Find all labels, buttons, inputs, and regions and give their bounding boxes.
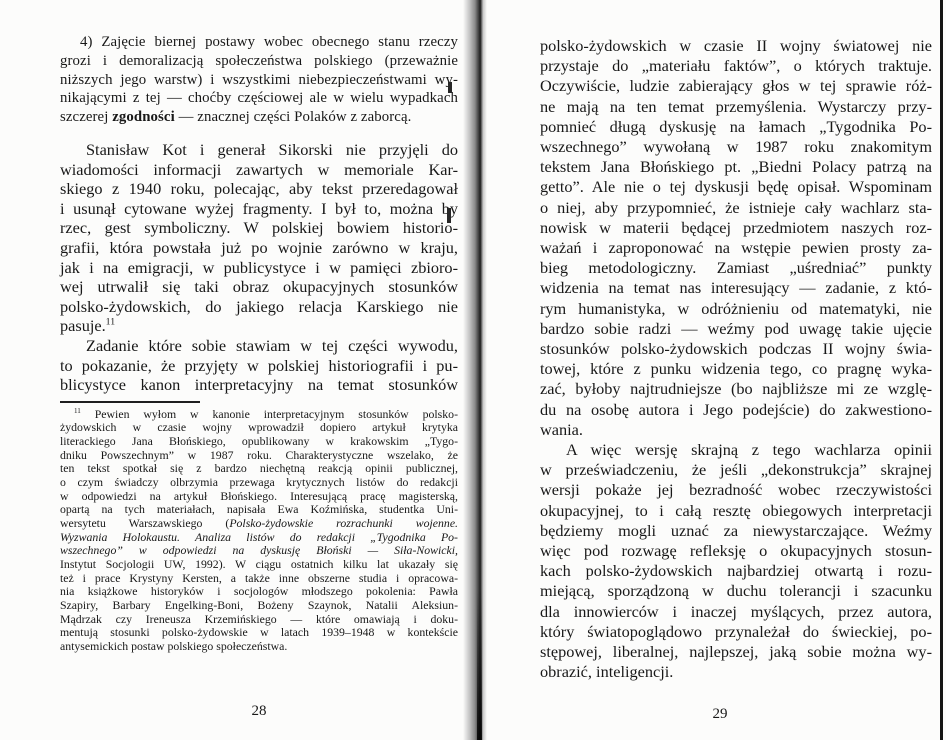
text-line: stosunków polsko-żydowskich podczas II w…	[540, 339, 932, 359]
page-number-left: 28	[60, 703, 458, 720]
text-run: wszechnego” w odpowiedzi na dyskusję Bło…	[60, 543, 458, 557]
text-line: polsko-żydowskich, do jakiego relacja Ka…	[60, 297, 458, 317]
text-run: bieg metodologiczny. Zamiast „uśredniać”…	[540, 258, 932, 277]
text-run: o czym świadczy olbrzymia przewaga kryty…	[60, 475, 458, 489]
text-run: stosunków polsko-żydowskich podczas II w…	[540, 339, 932, 358]
text-run: przystaje do „materiału faktów”, o który…	[540, 56, 932, 75]
text-run: szczerej	[60, 109, 112, 125]
text-line: grafii, która powstała już po wojnie zar…	[60, 238, 458, 258]
paragraph: A więc wersję skrajną z tego wachlarza o…	[540, 440, 932, 682]
text-line: Zadanie które sobie stawiam w tej części…	[60, 336, 458, 356]
text-run: rym humanistyka, w odróżnieniu od matema…	[540, 299, 932, 318]
text-run: — znacznej części Polaków z zaborcą.	[175, 109, 412, 125]
text-line: nikającymi z tej — choćby częściowej ale…	[60, 89, 458, 108]
text-line: blicystyce kanon interpretacyjny na tema…	[60, 375, 458, 395]
text-line: Stanisław Kot i generał Sikorski nie prz…	[60, 140, 458, 160]
text-line: towej, które z punku widzenia tego, co p…	[540, 359, 932, 379]
text-line: dniku Powszechnym” w 1987 roku. Charakte…	[60, 449, 458, 463]
text-line: grozi i demoralizacją społeczeństwa pols…	[60, 52, 458, 71]
paragraph: 4) Zajęcie biernej postawy wobec obecneg…	[60, 33, 458, 127]
text-run: zgodności	[112, 109, 175, 125]
text-run: jak i na emigracji, w publicystyce i w p…	[60, 258, 458, 277]
text-run: polsko-żydowskich, do jakiego relacja Ka…	[60, 297, 458, 316]
text-run: wiadomości informacji zawartych w memori…	[60, 160, 458, 179]
text-line: przystaje do „materiału faktów”, o który…	[540, 56, 932, 76]
text-line: bieg metodologiczny. Zamiast „uśredniać”…	[540, 258, 932, 278]
text-line: wej utrwalił się taki obraz okupacyjnych…	[60, 277, 458, 297]
text-run: grafii, która powstała już po wojnie zar…	[60, 238, 458, 257]
text-run: dniku Powszechnym” w 1987 roku. Charakte…	[60, 448, 458, 462]
text-run: to pokazanie, że przyjęty w polskiej his…	[60, 356, 458, 375]
text-run: mentują stosunki polsko-żydowskie w lata…	[60, 625, 458, 639]
text-run: w przeświadczeniu, że jeśli „dekonstrukc…	[540, 460, 932, 479]
paragraph: 11 Pewien wyłom w kanonie interpretacyjn…	[60, 408, 458, 654]
text-run: wszechnego” wywołaną w 1987 roku znakomi…	[540, 137, 932, 156]
text-line: Instytut Socjologii UW, 1992). W ciągu o…	[60, 558, 458, 572]
text-run: żydowskich w czasie wojny wprowadził dop…	[60, 420, 458, 434]
text-line: ważań i zaproponować na wstępie pewien p…	[540, 238, 932, 258]
text-line: więc pod rozwagę refleksję o okupacyjnyc…	[540, 541, 932, 561]
text-run: dla innowierców i inaczej myślących, prz…	[540, 602, 932, 621]
text-line: miejącą, sporządzoną w duchu tolerancji …	[540, 581, 932, 601]
text-run: też i prace Krystyny Kersten, a także in…	[60, 571, 458, 585]
text-line: Oczywiście, ludzie zabierający głos w te…	[540, 76, 932, 96]
text-run: Pewien wyłom w kanonie interpretacyjnym …	[81, 407, 458, 421]
text-line: rzec, gest symboliczny. W polskiej bowie…	[60, 218, 458, 238]
text-line: żydowskich w czasie wojny wprowadził dop…	[60, 421, 458, 435]
text-line: pasuje.11	[60, 316, 458, 336]
text-run: wersji pokaże jej bezradność wobec rzecz…	[540, 480, 932, 499]
text-line: skiego z 1940 roku, polecając, aby tekst…	[60, 179, 458, 199]
text-run: 11	[74, 407, 81, 415]
text-line: nowisk w materii będącej przedmiotem nas…	[540, 218, 932, 238]
text-run: wania.	[540, 420, 583, 439]
text-run: literackiego Jana Błońskiego, opublikowa…	[60, 434, 458, 448]
text-run: Instytut Socjologii UW, 1992). W ciągu o…	[60, 557, 458, 571]
text-run: Szapiry, Barbary Engelking-Boni, Bożeny …	[60, 598, 458, 612]
text-line: Szapiry, Barbary Engelking-Boni, Bożeny …	[60, 599, 458, 613]
scan-speck	[448, 82, 452, 93]
text-line: literackiego Jana Błońskiego, opublikowa…	[60, 435, 458, 449]
text-line: będziemy mogli uznać za niewystarczające…	[540, 521, 932, 541]
text-run: nowisk w materii będącej przedmiotem nas…	[540, 218, 932, 237]
text-run: miejącą, sporządzoną w duchu tolerancji …	[540, 581, 932, 600]
text-line: szczerej zgodności — znacznej części Pol…	[60, 108, 458, 127]
right-page-body-text: polsko-żydowskich w czasie II wojny świa…	[540, 36, 932, 683]
text-run: Wyzwania Holokaustu. Analiza listów do r…	[60, 530, 458, 544]
text-line: mentują stosunki polsko-żydowskie w lata…	[60, 626, 458, 640]
footnote-separator	[60, 401, 200, 403]
text-line: ten tekst spotkał się z bardzo niechętną…	[60, 462, 458, 476]
paragraph: Zadanie które sobie stawiam w tej części…	[60, 336, 458, 395]
text-run: A więc wersję skrajną z tego wachlarza o…	[566, 440, 932, 459]
text-run: pomnieć długą dyskusję na łamach „Tygodn…	[540, 117, 932, 136]
text-run: towej, które z punku widzenia tego, co p…	[540, 359, 932, 378]
text-run: opartą na tych materiałach, napisała Ewa…	[60, 502, 458, 516]
text-line: o niej, aby przypomnieć, że istnieje cał…	[540, 198, 932, 218]
text-run: okupacyjnej, to i całą resztę obiegowych…	[540, 501, 932, 520]
text-run: wej utrwalił się taki obraz okupacyjnych…	[60, 277, 458, 296]
text-run: nikającymi z tej — choćby częściowej ale…	[60, 90, 458, 106]
text-run: ważań i zaproponować na wstępie pewien p…	[540, 238, 932, 257]
text-run: obrazić, inteligencji.	[540, 662, 673, 681]
text-run: ten tekst spotkał się z bardzo niechętną…	[60, 461, 458, 475]
text-run: Stanisław Kot i generał Sikorski nie prz…	[86, 140, 458, 159]
text-run: antysemickich postaw polskiego społeczeń…	[60, 639, 287, 653]
text-run: będziemy mogli uznać za niewystarczające…	[540, 521, 932, 540]
text-line: o czym świadczy olbrzymia przewaga kryty…	[60, 476, 458, 490]
text-line: polsko-żydowskich w czasie II wojny świa…	[540, 36, 932, 56]
text-run: nia książkowe historyków i socjologów mł…	[60, 584, 458, 598]
text-line: pomnieć długą dyskusję na łamach „Tygodn…	[540, 117, 932, 137]
scan-edge-line	[940, 0, 943, 740]
text-run: tekstem Jana Błońskiego pt. „Biedni Pola…	[540, 157, 932, 176]
text-run: ne mają na ten temat przemyślenia. Wysta…	[540, 97, 932, 116]
text-line: getto”. Ale nie o tej dyskusji będę opis…	[540, 177, 932, 197]
text-run: niższych jego warstw) i wszystkimi niebe…	[60, 72, 458, 88]
text-line: Wyzwania Holokaustu. Analiza listów do r…	[60, 531, 458, 545]
text-line: opartą na tych materiałach, napisała Ewa…	[60, 503, 458, 517]
text-run: bardzo sobie radzi — weźmy pod uwagę tak…	[540, 319, 932, 338]
text-line: obrazić, inteligencji.	[540, 662, 932, 682]
text-line: 11 Pewien wyłom w kanonie interpretacyjn…	[60, 408, 458, 422]
text-run: grozi i demoralizacją społeczeństwa pols…	[60, 53, 458, 69]
text-line: 4) Zajęcie biernej postawy wobec obecneg…	[60, 33, 458, 52]
text-run: w odpowiedzi na artykuł Błońskiego. Inte…	[60, 489, 458, 503]
text-line: okupacyjnej, to i całą resztę obiegowych…	[540, 501, 932, 521]
text-line: wiadomości informacji zawartych w memori…	[60, 160, 458, 180]
text-line: stępowej, liberalnej, najlepszej, jaką s…	[540, 642, 932, 662]
text-run: zać, byłoby najtrudniejsze (bo najbliższ…	[540, 379, 932, 398]
text-run: getto”. Ale nie o tej dyskusji będę opis…	[540, 177, 932, 196]
text-line: wszechnego” w odpowiedzi na dyskusję Bło…	[60, 544, 458, 558]
text-run: Mądrzak czy Ireneusza Krzemińskiego — kt…	[60, 612, 458, 626]
text-line: zać, byłoby najtrudniejsze (bo najbliższ…	[540, 379, 932, 399]
text-line: antysemickich postaw polskiego społeczeń…	[60, 640, 458, 654]
text-run: o niej, aby przypomnieć, że istnieje cał…	[540, 198, 932, 217]
text-run: stępowej, liberalnej, najlepszej, jaką s…	[540, 642, 932, 661]
text-run: wersytetu Warszawskiego (	[60, 516, 229, 530]
text-run: który światopoglądowo przynależał do świ…	[540, 622, 932, 641]
spine-shadow	[463, 0, 487, 740]
text-line: bardzo sobie radzi — weźmy pod uwagę tak…	[540, 319, 932, 339]
left-page: 4) Zajęcie biernej postawy wobec obecneg…	[60, 33, 458, 654]
text-run: 4) Zajęcie biernej postawy wobec obecneg…	[80, 34, 458, 50]
text-run: kach polsko-żydowskich najbardziej otwar…	[540, 561, 932, 580]
paragraph: polsko-żydowskich w czasie II wojny świa…	[540, 36, 932, 440]
text-run: Oczywiście, ludzie zabierający głos w te…	[540, 76, 932, 95]
text-line: wersytetu Warszawskiego (Polsko-żydowski…	[60, 517, 458, 531]
text-line: ne mają na ten temat przemyślenia. Wysta…	[540, 97, 932, 117]
text-line: wersji pokaże jej bezradność wobec rzecz…	[540, 480, 932, 500]
text-line: dla innowierców i inaczej myślących, prz…	[540, 602, 932, 622]
text-line: niższych jego warstw) i wszystkimi niebe…	[60, 71, 458, 90]
text-run: więc pod rozwagę refleksję o okupacyjnyc…	[540, 541, 932, 560]
text-line: wszechnego” wywołaną w 1987 roku znakomi…	[540, 137, 932, 157]
text-line: w odpowiedzi na artykuł Błońskiego. Inte…	[60, 490, 458, 504]
left-page-footnote: 11 Pewien wyłom w kanonie interpretacyjn…	[60, 408, 458, 654]
text-run: skiego z 1940 roku, polecając, aby tekst…	[60, 179, 458, 198]
text-line: A więc wersję skrajną z tego wachlarza o…	[540, 440, 932, 460]
text-line: w przeświadczeniu, że jeśli „dekonstrukc…	[540, 460, 932, 480]
text-line: widzenia na temat nas interesujący — zad…	[540, 278, 932, 298]
page-number-right: 29	[550, 706, 890, 723]
left-page-body-text: 4) Zajęcie biernej postawy wobec obecneg…	[60, 33, 458, 395]
text-run: polsko-żydowskich w czasie II wojny świa…	[540, 36, 932, 55]
text-run: Zadanie które sobie stawiam w tej części…	[86, 336, 458, 355]
paragraph: Stanisław Kot i generał Sikorski nie prz…	[60, 140, 458, 336]
text-run: Polsko-żydowskie rozrachunki wojenne.	[229, 516, 458, 530]
text-run: 11	[106, 317, 115, 328]
text-run: i usunął cytowane wyżej fragmenty. I był…	[60, 199, 458, 218]
text-line: wania.	[540, 420, 932, 440]
text-line: też i prace Krystyny Kersten, a także in…	[60, 572, 458, 586]
text-line: nia książkowe historyków i socjologów mł…	[60, 585, 458, 599]
text-run: pasuje.	[60, 316, 106, 335]
text-line: to pokazanie, że przyjęty w polskiej his…	[60, 356, 458, 376]
text-line: rym humanistyka, w odróżnieniu od matema…	[540, 299, 932, 319]
text-line: który światopoglądowo przynależał do świ…	[540, 622, 932, 642]
text-run: blicystyce kanon interpretacyjny na tema…	[60, 375, 458, 394]
scan-speck	[447, 208, 451, 223]
text-line: kach polsko-żydowskich najbardziej otwar…	[540, 561, 932, 581]
text-line: i usunął cytowane wyżej fragmenty. I był…	[60, 199, 458, 219]
text-run: widzenia na temat nas interesujący — zad…	[540, 278, 932, 297]
book-page-spread: 4) Zajęcie biernej postawy wobec obecneg…	[0, 0, 946, 740]
text-run: du na osobę autora i Jego podejście) do …	[540, 400, 932, 419]
right-page: polsko-żydowskich w czasie II wojny świa…	[540, 36, 932, 683]
text-line: jak i na emigracji, w publicystyce i w p…	[60, 258, 458, 278]
spine-shadow-bottom	[477, 590, 482, 740]
text-line: du na osobę autora i Jego podejście) do …	[540, 400, 932, 420]
text-line: tekstem Jana Błońskiego pt. „Biedni Pola…	[540, 157, 932, 177]
text-line: Mądrzak czy Ireneusza Krzemińskiego — kt…	[60, 613, 458, 627]
text-run: rzec, gest symboliczny. W polskiej bowie…	[60, 218, 458, 237]
